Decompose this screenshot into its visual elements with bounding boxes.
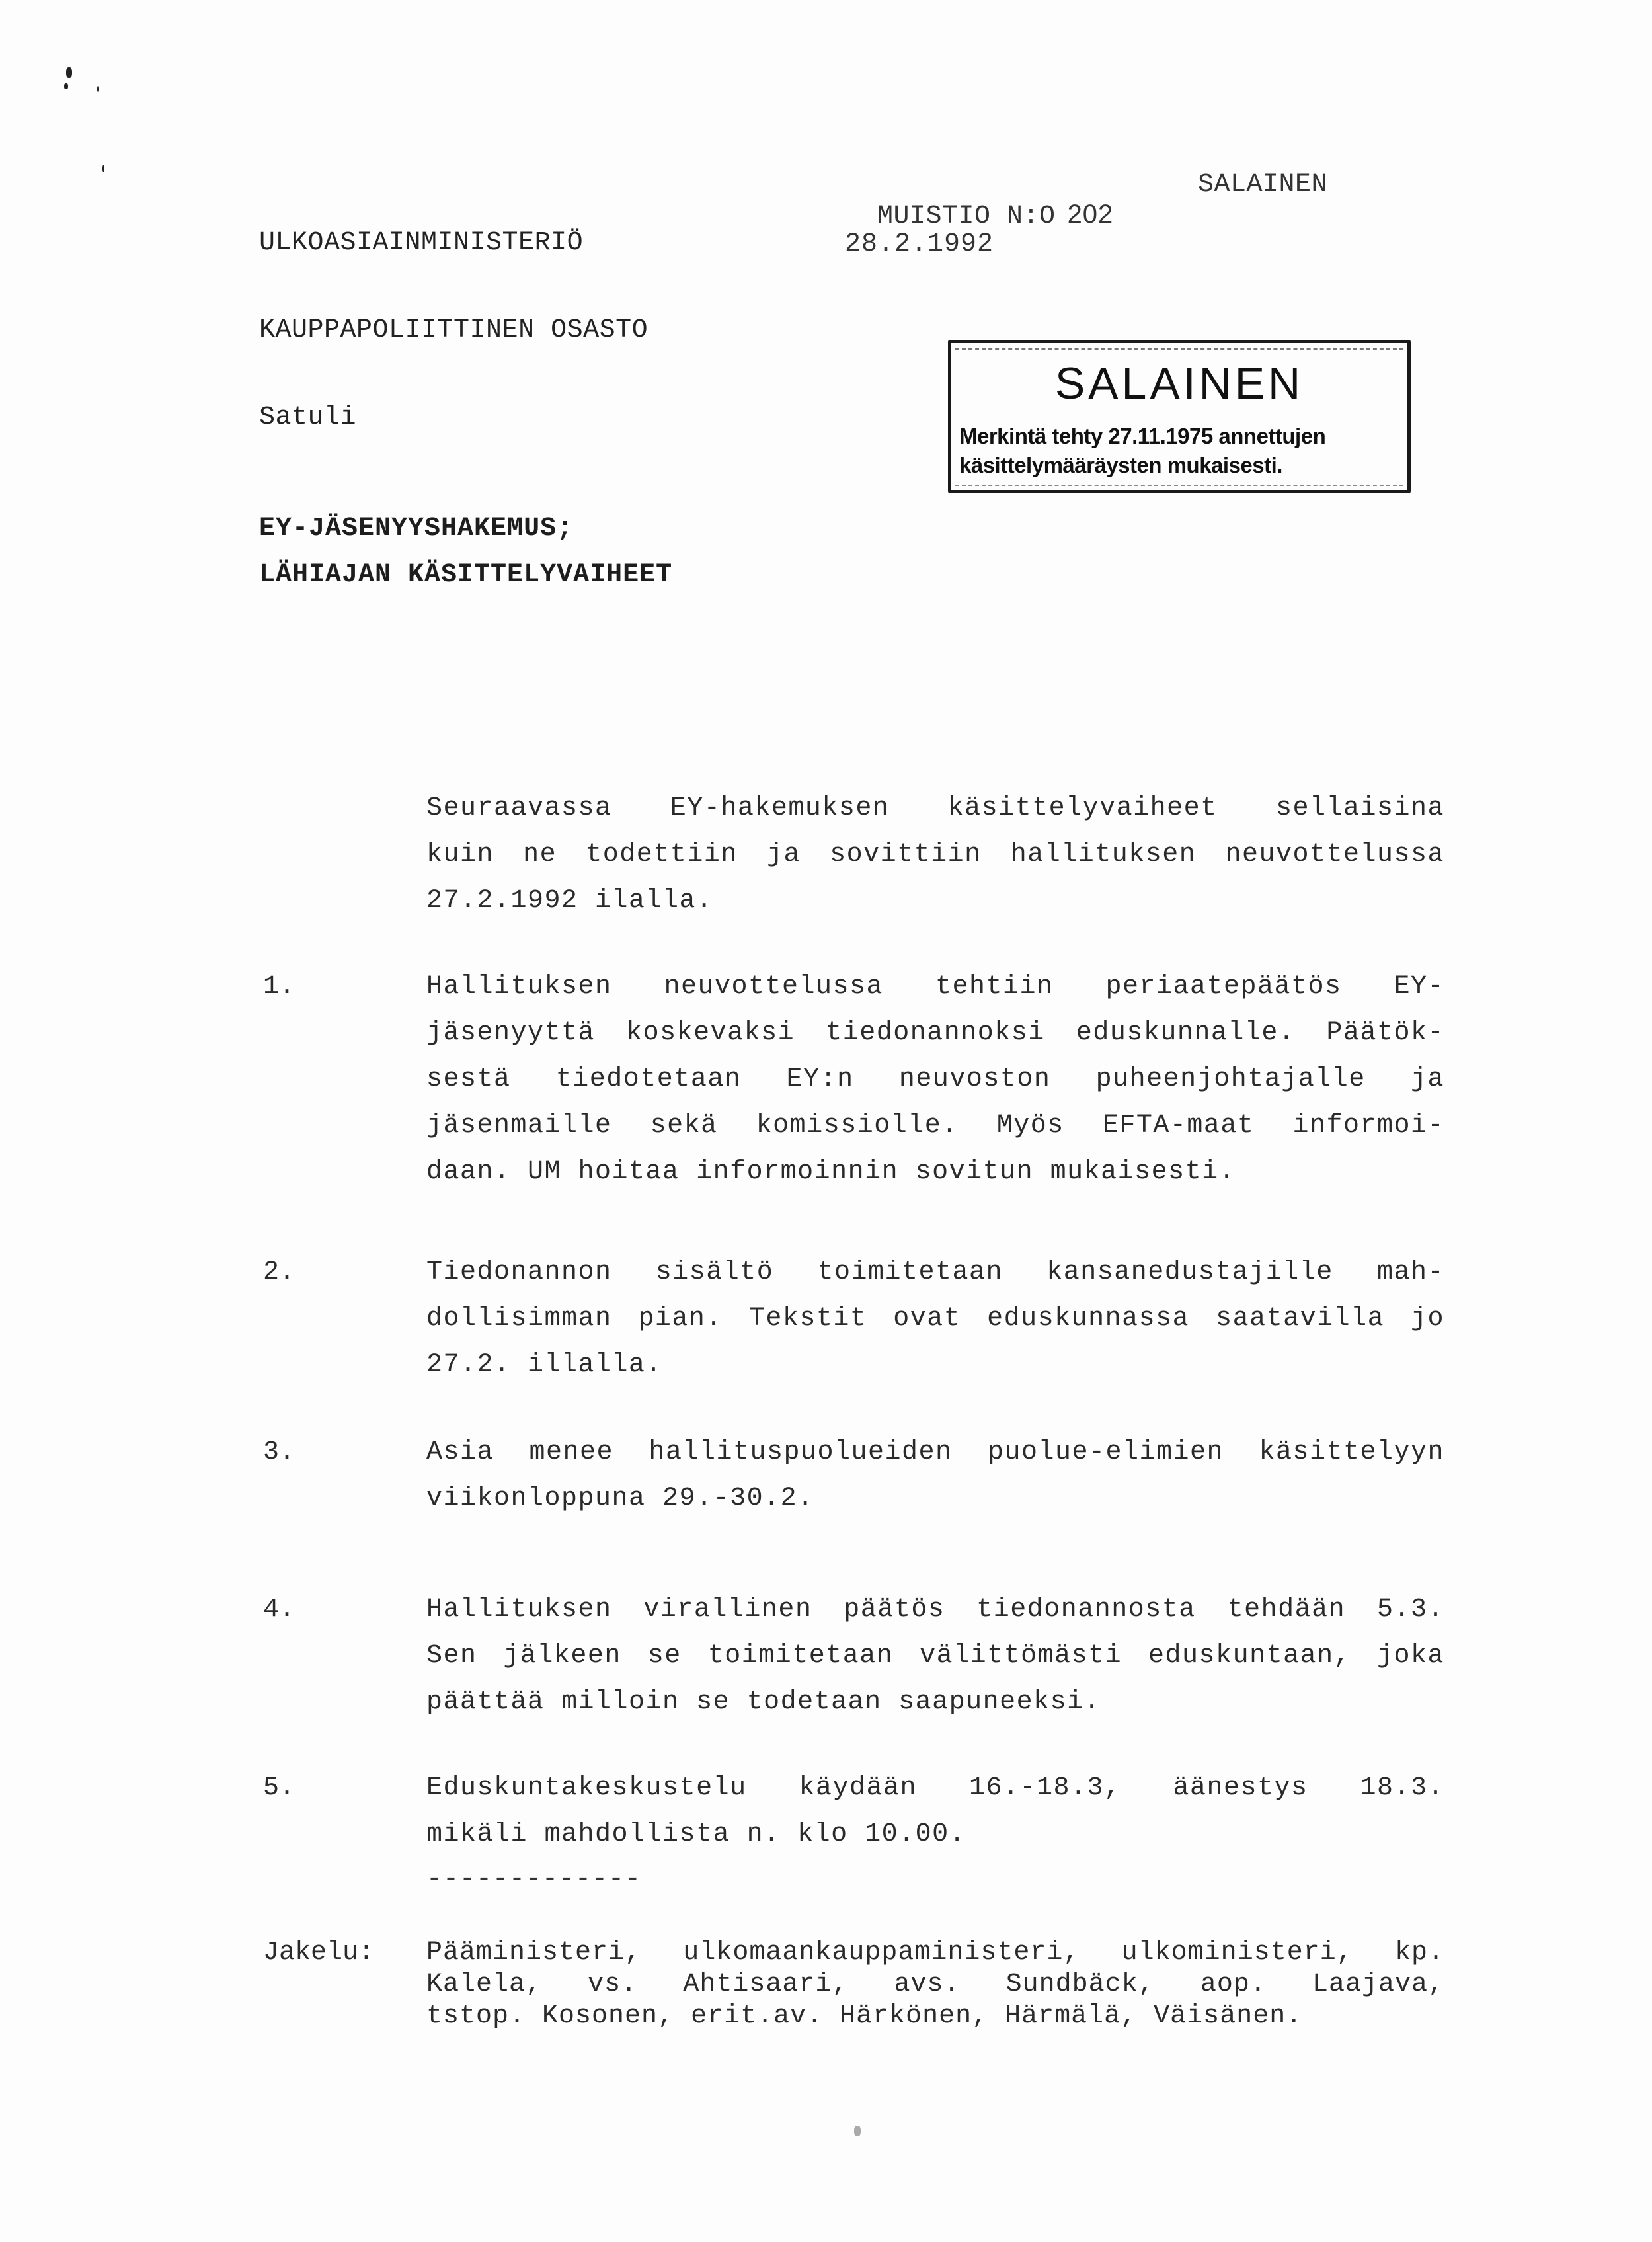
item-line: päättää milloin se todetaan saapuneeksi. (426, 1679, 1444, 1726)
item-line: dollisimman pian. Tekstit ovat eduskunna… (426, 1296, 1444, 1342)
sender-block: ULKOASIAINMINISTERIÖ KAUPPAPOLIITTINEN O… (259, 171, 648, 461)
stamp-title: SALAINEN (951, 358, 1407, 409)
memo-date: 28.2.1992 (845, 230, 994, 259)
distribution-line: Kalela, vs. Ahtisaari, avs. Sundbäck, ao… (426, 1969, 1444, 2001)
section-divider: ------------- (426, 1864, 641, 1894)
intro-line: 27.2.1992 ilalla. (426, 878, 1444, 924)
item-line: jäsenyyttä koskevaksi tiedonannoksi edus… (426, 1010, 1444, 1057)
item-number: 1. (263, 964, 295, 1010)
distribution-label: Jakelu: (263, 1937, 374, 1969)
item-number: 3. (263, 1429, 295, 1476)
item-line: Tiedonannon sisältö toimitetaan kansaned… (426, 1250, 1444, 1296)
item-5-text: Eduskuntakeskustelu käydään 16.-18.3, ää… (426, 1765, 1444, 1858)
scan-speck (66, 67, 72, 78)
scan-speck (102, 165, 104, 172)
item-line: Hallituksen neuvottelussa tehtiin periaa… (426, 964, 1444, 1010)
department-name: KAUPPAPOLIITTINEN OSASTO (259, 316, 648, 345)
item-line: Hallituksen virallinen päätös tiedonanno… (426, 1587, 1444, 1633)
distribution-list: Pääministeri, ulkomaankauppaministeri, u… (426, 1937, 1444, 2032)
ministry-name: ULKOASIAINMINISTERIÖ (259, 229, 648, 258)
item-line: viikonloppuna 29.-30.2. (426, 1476, 1444, 1522)
item-line: Eduskuntakeskustelu käydään 16.-18.3, ää… (426, 1765, 1444, 1812)
classification-label: SALAINEN (1198, 171, 1327, 200)
item-number: 2. (263, 1250, 295, 1296)
subject-line-2: LÄHIAJAN KÄSITTELYVAIHEET (259, 561, 672, 590)
item-line: mikäli mahdollista n. klo 10.00. (426, 1812, 1444, 1858)
item-line: Sen jälkeen se toimitetaan välittömästi … (426, 1633, 1444, 1679)
stamp-text-line-2: käsittelymääräysten mukaisesti. (959, 453, 1282, 478)
memo-number: 202 (1068, 200, 1114, 229)
secret-stamp: SALAINEN Merkintä tehty 27.11.1975 annet… (948, 340, 1411, 493)
memo-label: MUISTIO N:O (877, 202, 1056, 231)
item-2-text: Tiedonannon sisältö toimitetaan kansaned… (426, 1250, 1444, 1388)
item-line: sestä tiedotetaan EY:n neuvoston puheenj… (426, 1057, 1444, 1103)
scan-speck (64, 83, 68, 89)
scan-speck (854, 2126, 861, 2136)
distribution-line: Pääministeri, ulkomaankauppaministeri, u… (426, 1937, 1444, 1969)
item-line: 27.2. illalla. (426, 1342, 1444, 1388)
item-line: jäsenmaille sekä komissiolle. Myös EFTA-… (426, 1103, 1444, 1149)
item-number: 4. (263, 1587, 295, 1633)
subject-line-1: EY-JÄSENYYSHAKEMUS; (259, 514, 573, 543)
item-1-text: Hallituksen neuvottelussa tehtiin periaa… (426, 964, 1444, 1195)
item-line: daan. UM hoitaa informoinnin sovitun muk… (426, 1149, 1444, 1195)
distribution-line: tstop. Kosonen, erit.av. Härkönen, Härmä… (426, 2001, 1444, 2032)
item-line: Asia menee hallituspuolueiden puolue-eli… (426, 1429, 1444, 1476)
author-name: Satuli (259, 403, 648, 432)
memo-reference: MUISTIO N:O202 (845, 171, 1113, 231)
item-4-text: Hallituksen virallinen päätös tiedonanno… (426, 1587, 1444, 1726)
intro-line: kuin ne todettiin ja sovittiin hallituks… (426, 832, 1444, 878)
intro-line: Seuraavassa EY-hakemuksen käsittelyvaihe… (426, 785, 1444, 832)
intro-paragraph: Seuraavassa EY-hakemuksen käsittelyvaihe… (426, 785, 1444, 924)
stamp-text-line-1: Merkintä tehty 27.11.1975 annettujen (959, 424, 1325, 449)
scan-speck (97, 86, 99, 92)
item-3-text: Asia menee hallituspuolueiden puolue-eli… (426, 1429, 1444, 1522)
item-number: 5. (263, 1765, 295, 1812)
